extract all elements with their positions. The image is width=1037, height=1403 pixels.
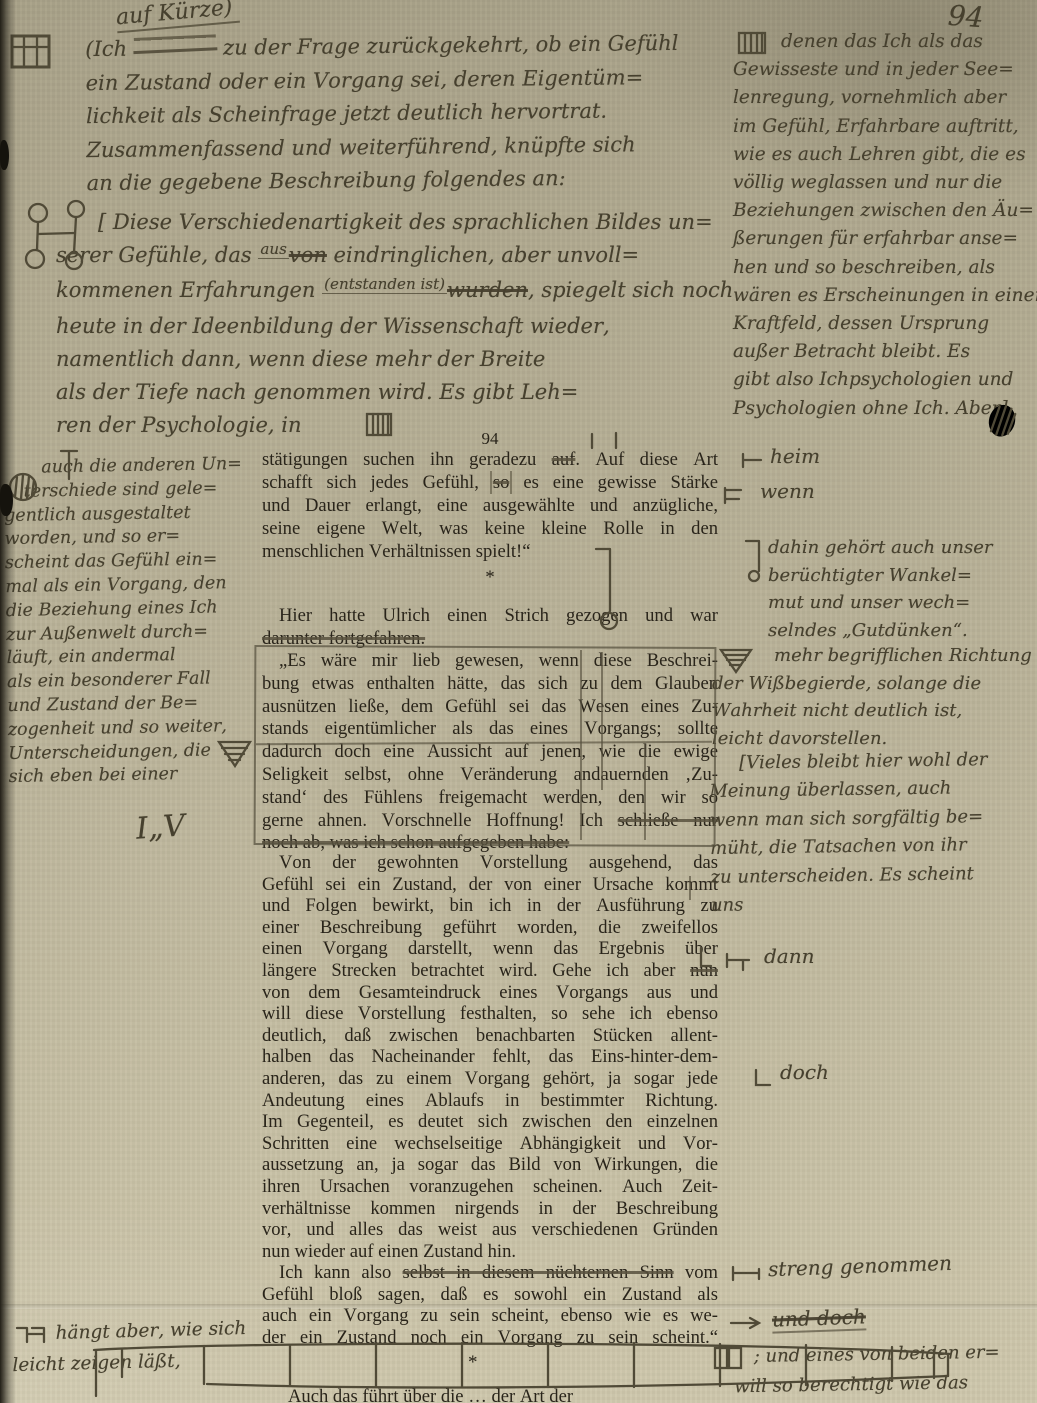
handwritten-line: wären es Erscheinungen in einem [733,282,1037,310]
handwritten-line: lenregung, vornehmlich aber [733,84,1037,112]
handwritten-line: Kraftfeld, dessen Ursprung [733,310,1037,338]
handwritten-line: die Beziehung eines Ich [6,596,245,624]
handwritten-line: Zusammenfassend und weiterführend, knüpf… [86,127,679,167]
handwritten-line: müht, die Tatsachen von ihr [710,831,989,863]
handwritten-line: zu unterscheiden. Es scheint [710,860,989,892]
ink-blob [0,484,13,516]
hatch-box-icon [364,410,396,440]
note-heading: auf Kürze) [115,0,240,33]
typeset-line: stands eigentümlicher als das eines Vorg… [262,718,718,741]
double-box-icon [712,1344,746,1374]
typeset-line: und Folgen bewirkt, bin ich in der Ausfü… [262,895,718,917]
inserted-word: aus [258,240,289,259]
handwritten-line: wenn man sich sorgfältig be= [710,803,989,835]
tick-mark-icon [724,952,754,974]
typeset-line: stätigungen suchen ihn geradezu auf. Auf… [262,448,718,471]
handwritten-line: Wahrheit nicht deutlich ist, [712,697,1032,725]
arrow-mark-icon [728,1314,764,1332]
section-break-star: * [262,567,718,589]
typeset-line: von dem Gesamteindruck eines Vorgangs au… [262,982,718,1004]
typeset-line: gerne ahnen. Vorschnelle Hoffnung! Ich s… [262,810,718,833]
handwritten-line: mehr begrifflichen Richtung [712,642,1032,670]
typeset-line: „Es wäre mir lieb gewesen, wenn diese Be… [262,650,718,673]
typeset-paragraph: Hier hatte Ulrich einen Strich gezogen u… [262,604,718,650]
typeset-line: ausnützen ließe, dem Gefühl sei das Wese… [262,696,718,719]
handwritten-line: sich eben bei einer [9,762,248,790]
tick-mark-icon [722,486,748,506]
typeset-line: längere Strecken betrachtet wird. Gehe i… [262,960,718,982]
typeset-line: halben das Nacheinander fehlt, das Eins-… [262,1046,718,1068]
corner-mark-icon [752,1068,774,1090]
handwritten-line: hen und so beschreiben, als [733,254,1037,282]
manuscript-page: 94 auf Kürze) (Ichzu der Frage zurückgek… [0,0,1037,1403]
hatch-triangle-icon [216,738,254,770]
typeset-line: deutlich, daß zwischen benachbarten Stüc… [262,1025,718,1047]
handwritten-line: Gewisseste und in jeder See= [733,56,1037,84]
handwritten-line: völlig weglassen und nur die [733,169,1037,197]
fence-doodle [82,1338,972,1402]
handwritten-note-vieles: [Vieles bleibt hier wohl der Meinung übe… [709,746,990,920]
molecule-doodle-icon [24,200,116,272]
margin-phrase-streng: streng genommen [768,1251,953,1281]
typeset-line: Schritten eine wechselseitige Abhängigke… [262,1133,718,1155]
typeset-line: stand‘ des Fühlens freigemacht werden, d… [262,787,718,810]
typeset-line: menschlichen Verhältnissen spielt!“ [262,540,718,563]
handwritten-line: mut und unser wech= [768,589,992,617]
handwritten-line: wie es auch Lehren gibt, die es [733,141,1037,169]
handwritten-line: kommenen Erfahrungen (entstanden ist)wur… [56,274,733,309]
handwritten-line: serer Gefühle, das ausvon eindringlichen… [56,239,733,274]
typeset-line: seine eigene Welt, was keine kleine Roll… [262,517,718,540]
margin-word-dann: dann [764,944,815,968]
handwritten-line: (Ichzu der Frage zurückgekehrt, ob ein G… [85,27,678,67]
typeset-line: dadurch doch eine Aussicht auf jenen, wi… [262,741,718,764]
typeset-line: bung etwas enthalten hätte, das sich zu … [262,673,718,696]
tick-mark-icon [730,1264,764,1284]
pencil-tick-icon [586,432,632,452]
insertion-t-icon [58,448,82,482]
handwritten-line: ßerungen für erfahrbar anse= [733,225,1037,253]
crossed-out-word [133,37,218,54]
handwritten-line: als der Tiefe nach genommen wird. Es gib… [56,376,733,409]
handwritten-line: außer Betracht bleibt. Es [733,338,1037,366]
typeset-line: Ich kann also selbst in diesem nüchterne… [262,1262,718,1284]
handwritten-line: gibt also Ichpsychologien und [733,366,1037,394]
handwritten-line: Beziehungen zwischen den Äu= [733,197,1037,225]
handwritten-line: namentlich dann, wenn diese mehr der Bre… [56,343,733,376]
typeset-line: einen Vorgang darstellt, wenn das Ergebn… [262,938,718,960]
handwritten-line: dahin gehört auch unser [768,534,992,562]
margin-phrase-und-doch: und doch [772,1304,867,1333]
margin-word-heim: heim [770,444,820,468]
typeset-paragraph: „Es wäre mir lieb gewesen, wenn diese Be… [262,650,718,855]
typeset-line: darunter fortgefahren. [262,627,718,650]
insertion-hook-icon [742,538,766,584]
typeset-line: Seligkeit selbst, ohne Veränderung andau… [262,764,718,787]
handwritten-note-block2: [ Diese Verschiedenartigkeit des sprachl… [56,206,733,442]
typeset-paragraph: Von der gewohnten Vorstellung ausgehend,… [262,852,718,1262]
double-hook-icon [14,1324,50,1346]
typeset-line: vor, und alles das weist aus verschieden… [262,1219,718,1241]
insertion-mark-icon [592,544,622,640]
handwritten-line: heute in der Ideenbildung der Wissenscha… [56,310,733,343]
margin-word-doch: doch [780,1060,829,1084]
typeset-line: Im Gegenteil, es deutet sich zwischen de… [262,1111,718,1133]
handwritten-line: an die gegebene Beschreibung folgendes a… [87,161,680,201]
hatch-box-icon [736,30,770,58]
handwritten-line: als ein besonderer Fall [7,667,246,695]
typeset-paragraph: Ich kann also selbst in diesem nüchterne… [262,1262,718,1348]
typeset-line: schafft sich jedes Gefühl, so es eine ge… [262,471,718,494]
typeset-line: will diese Vorstellung festhalten, so se… [262,1003,718,1025]
handwritten-line: berüchtigter Wankel= [768,562,992,590]
handwritten-line: selndes „Gutdünken“. [768,617,992,645]
handwritten-line: Meinung überlassen, auch [709,774,988,806]
typeset-line: Hier hatte Ulrich einen Strich gezogen u… [262,604,718,627]
page-number-printed: 94 [262,429,718,449]
handwritten-note-wissbegierde: mehr begrifflichen Richtung der Wißbegie… [712,642,1032,752]
handwritten-line: im Gefühl, Erfahrbare auftritt, [733,113,1037,141]
pencil-hook-icon [697,946,717,972]
typeset-line: Von der gewohnten Vorstellung ausgehend,… [262,852,718,874]
inserted-word: (entstanden ist) [322,275,447,294]
typeset-line: einer Beschreibung geführt worden, die z… [262,917,718,939]
typeset-line: ihren Ursachen voranzugehen scheinen. Au… [262,1176,718,1198]
handwritten-line: lichkeit als Scheinfrage jetzt deutlich … [86,94,679,134]
ink-blob [0,140,9,170]
typeset-line: und Dauer erlangt, eine ausgewählte und … [262,494,718,517]
typeset-line: anderen, das zu einem Vorgang gehört, ja… [262,1068,718,1090]
handwritten-note-top-left: (Ichzu der Frage zurückgekehrt, ob ein G… [85,27,680,201]
typeset-line: verhältnisse kommen nirgends in der Besc… [262,1198,718,1220]
handwritten-line: der Wißbegierde, solange die [712,670,1032,698]
typeset-paragraph: stätigungen suchen ihn geradezu auf. Auf… [262,448,718,563]
handwritten-line: [Vieles bleibt hier wohl der [709,746,988,778]
tick-mark-icon [740,452,764,470]
typeset-line: auch ein Vorgang zu sein scheint, ebenso… [262,1305,718,1327]
handwritten-note-wankelmut: dahin gehört auch unser berüchtigter Wan… [768,534,992,644]
handwritten-note-top-right: denen das Ich als das Gewisseste und in … [733,28,1037,423]
typeset-line: nun wieder auf einen Zustand hin. [262,1241,718,1263]
margin-word-wenn: wenn [760,479,815,503]
typeset-line: Gefühl sei ein Zustand, der von einer Ur… [262,874,718,896]
handwritten-line: uns [711,888,990,920]
handwritten-line: zogenheit und so weiter, [8,715,247,743]
grid-doodle-icon [8,30,54,74]
handwritten-line: denen das Ich als das [733,28,1037,56]
handwritten-line: [ Diese Verschiedenartigkeit des sprachl… [56,206,733,239]
typeset-line: aussetzung an, ja sogar das Bild von Wir… [262,1154,718,1176]
margin-mark-iv: I„V [135,808,186,846]
typeset-line: Andeutung eines Ablaufs in bestimmter Ri… [262,1090,718,1112]
hatch-triangle-icon [718,646,754,676]
typeset-line: Gefühl bloß sagen, daß es sowohl ein Zus… [262,1284,718,1306]
